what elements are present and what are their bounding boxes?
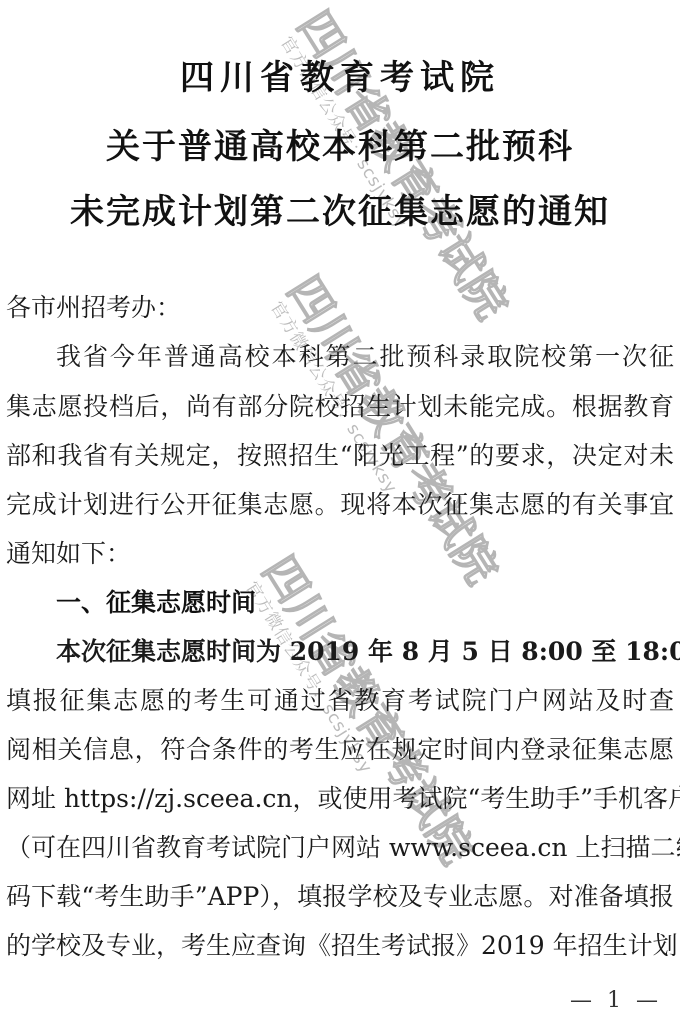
body-line: 集志愿投档后，尚有部分院校招生计划未能完成。根据教育 <box>6 389 674 425</box>
salutation: 各市州招考办： <box>6 290 674 326</box>
section-line: （可在四川省教育考试院门户网站 www.sceea.cn 上扫描二维 <box>6 830 674 866</box>
section-line: 的学校及专业，考生应查询《招生考试报》2019 年招生计划 <box>6 928 674 964</box>
section-line: 网址 https://zj.sceea.cn，或使用考试院“考生助手”手机客户端 <box>6 781 674 817</box>
page-number: — 1 — <box>570 988 662 1013</box>
document-title-line-2: 关于普通高校本科第二批预科 <box>0 127 680 167</box>
watermark-subtext: 官方微信公众号：scsjyksy <box>242 579 429 863</box>
document-page: 四川省教育考试院 官方微信公众号：scsjyksy 四川省教育考试院 官方微信公… <box>0 0 680 1022</box>
section-heading: 一、征集志愿时间 <box>56 585 256 621</box>
body-line: 完成计划进行公开征集志愿。现将本次征集志愿的有关事宜 <box>6 487 674 523</box>
body-line: 通知如下： <box>6 536 674 572</box>
body-line: 部和我省有关规定，按照招生“阳光工程”的要求，决定对未 <box>6 438 674 474</box>
section-line: 阅相关信息，符合条件的考生应在规定时间内登录征集志愿 <box>6 732 674 768</box>
date-time-bold: 本次征集志愿时间为 2019 年 8 月 5 日 8:00 至 18:00。 <box>56 637 680 666</box>
document-title-line-1: 四川省教育考试院 <box>0 58 680 98</box>
section-line: 填报征集志愿的考生可通过省教育考试院门户网站及时查 <box>6 683 674 719</box>
body-line: 我省今年普通高校本科第二批预科录取院校第一次征 <box>56 339 674 375</box>
document-title-line-3: 未完成计划第二次征集志愿的通知 <box>0 192 680 232</box>
section-line-1: 本次征集志愿时间为 2019 年 8 月 5 日 8:00 至 18:00。拟 <box>56 634 674 670</box>
section-line: 码下载“考生助手”APP），填报学校及专业志愿。对准备填报 <box>6 879 674 915</box>
